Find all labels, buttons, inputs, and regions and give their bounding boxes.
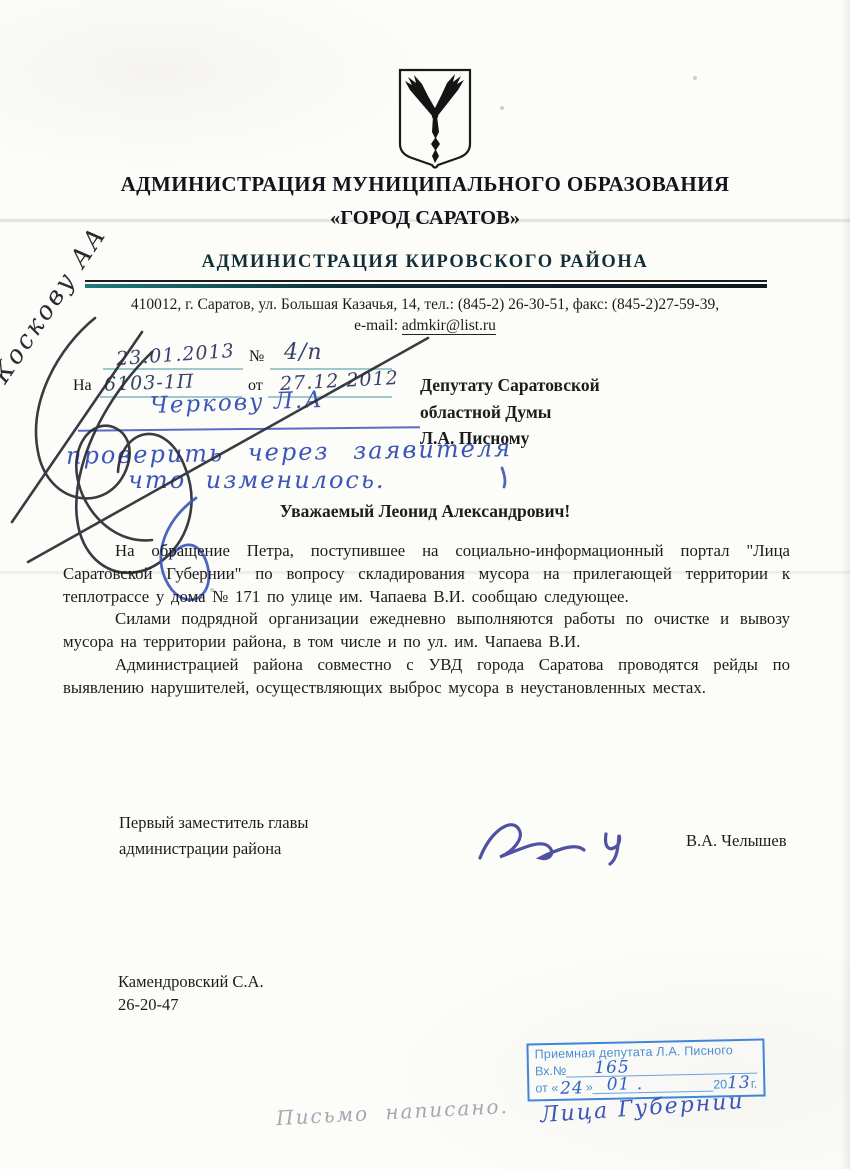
- stamp-vh-label: Вх.№: [535, 1064, 567, 1079]
- stamp-month-handwritten: 01 .: [607, 1074, 644, 1095]
- signatory-post: Первый заместитель главы администрации р…: [119, 810, 308, 862]
- contact-address-line: 410012, г. Саратов, ул. Большая Казачья,…: [0, 296, 850, 314]
- header-divider-rule: [85, 280, 767, 288]
- pencil-note: Письмо написано.: [276, 1094, 510, 1130]
- number-sign-label: №: [249, 348, 264, 366]
- letter-body: На обращение Петра, поступившее на социа…: [63, 540, 790, 700]
- scanned-letter-page: АДМИНИСТРАЦИЯ МУНИЦИПАЛЬНОГО ОБРАЗОВАНИЯ…: [0, 0, 850, 1169]
- email-address: admkir@list.ru: [402, 317, 496, 335]
- contact-email-line: e-mail: admkir@list.ru: [0, 317, 850, 335]
- executor-block: Камендровский С.А. 26-20-47: [118, 970, 264, 1016]
- salutation: Уважаемый Леонид Александрович!: [0, 501, 850, 522]
- addressee-line: областной Думы: [420, 399, 670, 426]
- scan-speck: [500, 106, 504, 110]
- official-signature-stroke: [480, 825, 620, 864]
- handwritten-note-line3: что изменилось.: [128, 466, 386, 494]
- org-title-line1: АДМИНИСТРАЦИЯ МУНИЦИПАЛЬНОГО ОБРАЗОВАНИЯ: [0, 172, 850, 197]
- saratov-coat-of-arms: [388, 66, 482, 172]
- body-paragraph: Силами подрядной организации ежедневно в…: [63, 608, 790, 654]
- signatory-post-line: Первый заместитель главы: [119, 810, 308, 836]
- handwritten-note-line2: проверить через заявителя: [66, 434, 512, 470]
- stamp-ot-label: от «: [535, 1081, 558, 1095]
- body-paragraph: Администрацией района совместно с УВД го…: [63, 654, 790, 700]
- signatory-post-line: администрации района: [119, 836, 308, 862]
- signatory-name: В.А. Челышев: [686, 831, 786, 851]
- handwritten-dash-line: [78, 426, 420, 432]
- na-label: На: [73, 377, 92, 395]
- outgoing-date-handwritten: 23.01.2013: [115, 340, 235, 370]
- ref-underline: [103, 368, 243, 370]
- org-title-line2: «ГОРОД САРАТОВ»: [0, 207, 850, 230]
- handwritten-note-name: Черкову Л.А: [150, 387, 324, 419]
- district-title: АДМИНИСТРАЦИЯ КИРОВСКОГО РАЙОНА: [0, 252, 850, 273]
- body-paragraph: На обращение Петра, поступившее на социа…: [63, 540, 790, 608]
- executor-phone: 26-20-47: [118, 993, 264, 1016]
- stamp-day-handwritten: 24: [560, 1081, 584, 1096]
- outgoing-number-handwritten: 4/п: [284, 340, 323, 365]
- scan-speck: [693, 76, 697, 80]
- executor-name: Камендровский С.А.: [118, 970, 264, 993]
- stamp-year-suffix: г.: [751, 1077, 758, 1091]
- sterlet-fish-group: [405, 74, 464, 163]
- email-label: e-mail:: [354, 317, 402, 334]
- addressee-line: Депутату Саратовской: [420, 372, 670, 399]
